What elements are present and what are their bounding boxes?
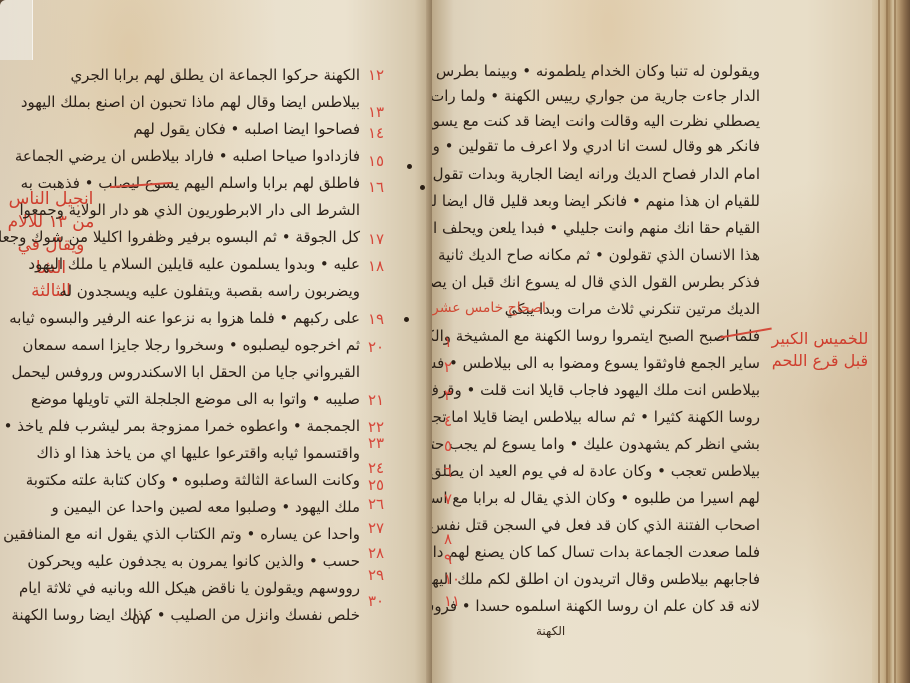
- text-line: واحدا عن يساره • وتم الكتاب الذي يقول ان…: [3, 525, 360, 543]
- verse-number: ١٥: [368, 152, 384, 170]
- verse-number: ٢٥: [368, 476, 384, 494]
- verse-number: ٢: [444, 358, 452, 376]
- verse-number: ٢٤: [368, 459, 384, 477]
- right-text-block: ويقولون له تنبا وكان الخدام يلطمونه • وب…: [460, 62, 760, 622]
- verse-number: ٣: [444, 386, 452, 404]
- text-line: للقيام ان هذا منهم • فانكر ايضا وبعد قلي…: [432, 192, 760, 210]
- verse-number: ١: [444, 333, 452, 351]
- verse-number: ١٨: [368, 257, 384, 275]
- text-line: فازدادوا صياحا اصلبه • فاراد بيلاطس ان ي…: [15, 147, 360, 165]
- verse-number: ٣٠: [368, 592, 384, 610]
- text-line: امام الدار فصاح الديك ورانه ايضا الجارية…: [433, 165, 760, 183]
- text-line: لهم اسيرا من طلبوه • وكان الذي يقال له ب…: [432, 489, 760, 507]
- text-line: فذكر بطرس القول الذي قال له يسوع انك قبل…: [432, 273, 760, 291]
- text-line: الجمجمة • واعطوه خمرا ممزوجة بمر ليشرب ف…: [0, 417, 360, 435]
- folio-number: ٥٧: [132, 610, 148, 628]
- page-edges: [872, 0, 910, 683]
- ink-dot: [404, 317, 409, 322]
- text-line: ثم اخرجوه ليصلبوه • وسخروا رجلا جايزا اس…: [22, 336, 360, 354]
- verse-number: ١٠: [444, 570, 460, 588]
- text-line: بيلاطس ايضا وقال لهم ماذا تحبون ان اصنع …: [21, 93, 360, 111]
- text-line: خلص نفسك وانزل من الصليب • كذلك ايضا روس…: [11, 606, 360, 624]
- verse-number: ٢٣: [368, 434, 384, 452]
- text-line: فلما صعدت الجماعة بدات تسال كما كان يصنع…: [432, 543, 760, 561]
- text-line: اصحاب الفتنة الذي كان قد فعل في السجن قت…: [432, 516, 760, 534]
- text-line: فاطلق لهم برابا واسلم اليهم يسوع ليصلب •…: [21, 174, 360, 192]
- verse-number: ٢٠: [368, 338, 384, 356]
- margin-note-line: للخميس الكبير: [766, 328, 872, 350]
- text-line: القيام حقا انك منهم وانت جليلي • فبدا يل…: [432, 219, 760, 237]
- verse-number: ١٣: [368, 103, 384, 121]
- ink-dot: [420, 185, 425, 190]
- ink-dot: [407, 164, 412, 169]
- left-page: انجيل الناس من ١٣ للالام ويقال في الشا ا…: [0, 0, 432, 683]
- text-line: وكانت الساعة الثالثة وصلبوه • وكان كتابة…: [26, 471, 360, 489]
- text-line: واقتسموا ثيابه واقترعوا عليها اي من ياخذ…: [37, 444, 360, 462]
- verse-number: ٤: [444, 412, 452, 430]
- text-line: كل الجوقة • ثم البسوه برفير وظفروا اكليل…: [0, 228, 360, 246]
- verse-number: ١٦: [368, 178, 384, 196]
- text-line: رووسهم ويقولون يا ناقض هيكل الله وبانيه …: [19, 579, 360, 597]
- text-line: ساير الجمع فاوثقوا يسوع ومضوا به الى بيل…: [432, 354, 760, 372]
- text-line: القيرواني جايا من الحقل ابا الاسكندروس و…: [11, 363, 360, 381]
- verse-number: ٥: [444, 437, 452, 455]
- text-line: بيلاطس انت ملك اليهود فاجاب قايلا انت قل…: [432, 381, 760, 399]
- right-margin-note: للخميس الكبير قبل قرع اللحم: [766, 328, 872, 371]
- text-line: فاجابهم بيلاطس وقال اتريدون ان اطلق لكم …: [432, 570, 760, 588]
- text-line: الشرط الى دار الابرطوريون الذي هو دار ال…: [20, 201, 361, 219]
- right-page: ويقولون له تنبا وكان الخدام يلطمونه • وب…: [432, 0, 872, 683]
- text-line: لانه قد كان علم ان روسا الكهنة اسلموه حس…: [432, 597, 760, 615]
- verse-number: ٩: [444, 550, 452, 568]
- text-line: بيلاطس تعجب • وكان عادة له في يوم العيد …: [432, 462, 760, 480]
- text-line: هذا الانسان الذي تقولون • ثم مكانه صاح ا…: [438, 246, 760, 264]
- verse-number: ٦: [444, 463, 452, 481]
- verse-number: ٢٨: [368, 544, 384, 562]
- verse-number: ٢٦: [368, 495, 384, 513]
- text-line: صليبه • واتوا به الى موضع الجلجلة التي ت…: [31, 390, 360, 408]
- text-line: الكهنة حركوا الجماعة ان يطلق لهم برابا ا…: [70, 66, 360, 84]
- text-line: الدار جاءت جارية من جواري رييس الكهنة • …: [432, 87, 760, 105]
- text-line: حسب • والذين كانوا يمرون به يجدفون عليه …: [27, 552, 360, 570]
- repair-tape: [0, 0, 33, 60]
- text-line: فانكر هو وقال لست انا ادري ولا اعرف ما ت…: [432, 137, 760, 155]
- text-line: يصطلي نظرت اليه وقالت وانت ايضا قد كنت م…: [432, 112, 760, 130]
- catchword: الكهنة: [536, 624, 565, 638]
- text-line: بشي انظر كم يشهدون عليك • واما يسوع لم ي…: [432, 435, 760, 453]
- verse-number: ٢٩: [368, 566, 384, 584]
- chapter-heading: اصحاح خامس عشر: [432, 300, 546, 316]
- text-line: ويضربون راسه بقصبة ويتفلون عليه ويسجدون …: [59, 282, 360, 300]
- verse-number: ٧: [444, 490, 452, 508]
- text-line: ويقولون له تنبا وكان الخدام يلطمونه • وب…: [432, 62, 760, 80]
- verse-number: ١٩: [368, 310, 384, 328]
- verse-number: ١٢: [368, 66, 384, 84]
- text-line: روسا الكهنة كثيرا • ثم ساله بيلاطس ايضا …: [432, 408, 760, 426]
- text-line: فصاحوا ايضا اصلبه • فكان يقول لهم: [133, 120, 360, 138]
- margin-note-line: قبل قرع اللحم: [766, 350, 872, 372]
- verse-number: ١١: [444, 592, 460, 610]
- text-line: ملك اليهود • وصلبوا معه لصين واحدا عن ال…: [52, 498, 360, 516]
- verse-number: ١٤: [368, 124, 384, 142]
- left-text-block: الكهنة حركوا الجماعة ان يطلق لهم برابا ا…: [108, 66, 360, 626]
- verse-number: ٨: [444, 530, 452, 548]
- verse-number: ٢٧: [368, 519, 384, 537]
- text-line: فلما اصبح الصبح ايتمروا روسا الكهنة مع ا…: [432, 327, 760, 345]
- verse-number: ٢١: [368, 391, 384, 409]
- text-line: على ركبهم • فلما هزوا به نزعوا عنه الرفي…: [9, 309, 360, 327]
- text-line: عليه • وبدوا يسلمون عليه قايلين السلام ي…: [28, 255, 360, 273]
- verse-number: ١٧: [368, 230, 384, 248]
